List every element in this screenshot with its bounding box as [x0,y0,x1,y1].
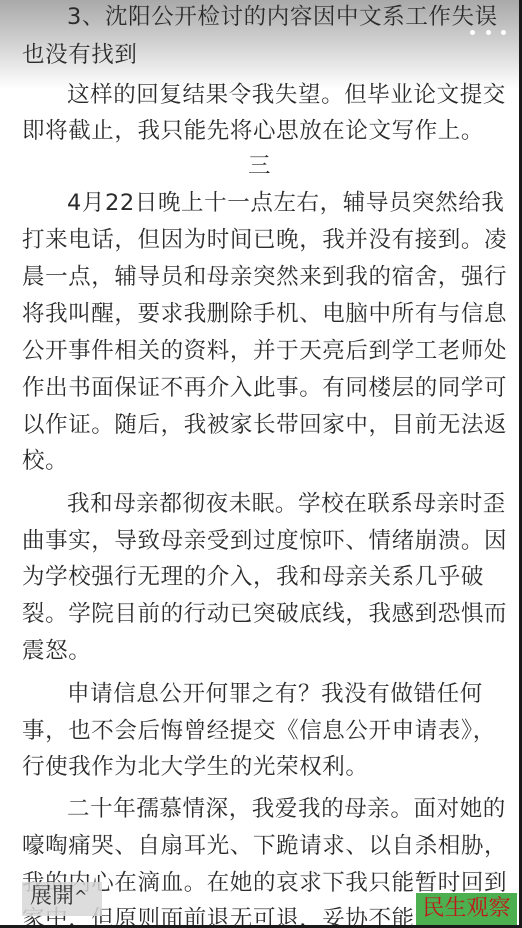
text-line: 将我叫醒，要求我删除手机、电脑中所有与信息 [22,299,492,329]
more-horizontal-icon [470,30,475,35]
more-options-button[interactable] [470,26,506,38]
text-line: 这样的回复结果令我失望。但毕业论文提交 [67,80,522,110]
text-line: 3、沈阳公开检讨的内容因中文系工作失误 [67,2,522,32]
text-line: 打来电话，但因为时间已晚，我并没有接到。凌 [22,225,492,255]
article-body: 3、沈阳公开检讨的内容因中文系工作失误 也没有找到 这样的回复结果令我失望。但毕… [0,0,519,928]
text-line: 晨一点，辅导员和母亲突然来到我的宿舍，强行 [22,262,492,292]
section-heading: 三 [0,151,519,181]
text-line: 即将截止，我只能先将心思放在论文写作上。 [22,116,492,146]
more-horizontal-icon [486,30,491,35]
text-line: 公开事件相关的资料，并于天亮后到学工老师处 [22,336,492,366]
text-line: 二十年孺慕情深，我爱我的母亲。面对她的 [67,794,522,824]
text-line: 4月22日晚上十一点左右，辅导员突然给我 [67,188,522,218]
text-line: 行使我作为北大学生的光荣权利。 [22,752,492,782]
expand-button[interactable]: 展開^ [22,882,102,916]
text-line: 震怒。 [22,636,492,666]
text-line: 嚎啕痛哭、自扇耳光、下跪请求、以自杀相胁， [22,831,492,861]
text-line: 曲事实，导致母亲受到过度惊吓、情绪崩溃。因 [22,526,492,556]
text-line: 申请信息公开何罪之有？我没有做错任何 [67,679,522,709]
text-line: 校。 [22,446,492,476]
more-horizontal-icon [501,30,506,35]
text-line: 裂。学院目前的行动已突破底线，我感到恐惧而 [22,599,492,629]
text-line: 也没有找到 [22,40,492,70]
text-line: 作出书面保证不再介入此事。有同楼层的同学可 [22,373,492,403]
text-line: 以作证。随后，我被家长带回家中，目前无法返 [22,410,492,440]
chevron-up-icon: ^ [74,887,87,906]
text-line: 为学校强行无理的介入，我和母亲关系几乎破 [22,562,492,592]
text-line: 我和母亲都彻夜未眠。学校在联系母亲时歪 [67,489,522,519]
expand-label: 展開 [30,884,74,909]
text-line: 事，也不会后悔曾经提交《信息公开申请表》， [22,716,492,746]
watermark-logo: 民生观察 [416,893,517,925]
